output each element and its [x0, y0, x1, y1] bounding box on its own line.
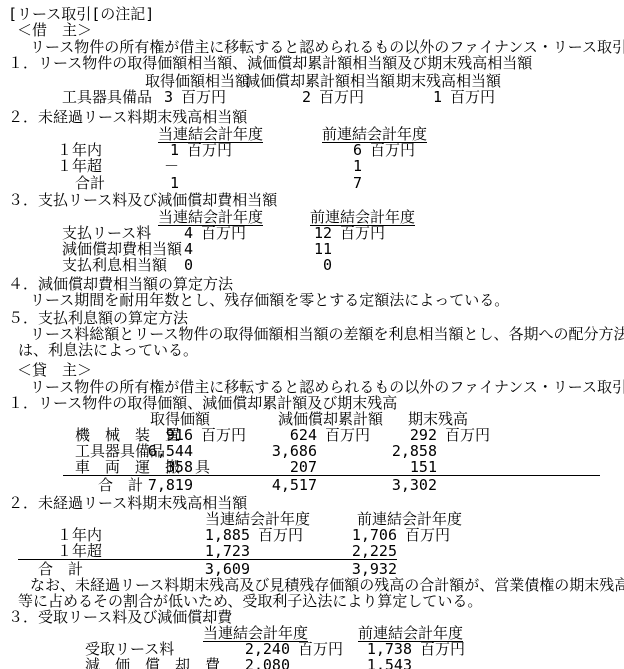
- lessor-s2-title: ２．未経過リース料期末残高相当額: [8, 495, 247, 511]
- lessee-s2-total-label: 合計: [75, 175, 105, 191]
- lessee-s2-value: 7: [309, 175, 362, 191]
- lessee-s2-value: 6: [309, 142, 362, 158]
- lessee-s1-unit-1: 百万円: [181, 89, 226, 105]
- lessor-s2-note-line1: なお、未経過リース料期末残高及び見積残存価額の残高の合計額が、営業債権の期末残高: [30, 577, 624, 593]
- lessor-s3-value: 2,080: [237, 657, 290, 669]
- lessor-s3-title: ３．受取リース料及び減価償却費: [8, 609, 232, 625]
- lessee-s3-unit: 百万円: [201, 225, 246, 241]
- lessee-s3-row-label: 支払リース料: [62, 225, 151, 241]
- lessor-s1-unit: 百万円: [325, 427, 370, 443]
- lessor-s3-value: 1,738: [359, 641, 412, 657]
- lessee-s2-row-label: １年超: [57, 158, 102, 174]
- lessor-s2-row-label: １年超: [57, 543, 102, 559]
- lessor-s1-value: 7,819: [140, 477, 193, 493]
- lessee-s2-value: 1: [309, 158, 362, 174]
- lessee-s2-value: 1: [126, 175, 179, 191]
- lessee-s1-col-header-3: 期末残高相当額: [396, 73, 501, 89]
- lessor-s1-value: 624: [264, 427, 317, 443]
- lessor-s1-value: 3,686: [264, 443, 317, 459]
- lessor-s3-value: 2,240: [237, 641, 290, 657]
- lessee-s2-row-label: １年内: [57, 142, 102, 158]
- lessee-s1-value-3: 1: [389, 89, 442, 105]
- lessee-intro: リース物件の所有権が借主に移転すると認められるもの以外のファイナンス・リース取引…: [30, 39, 624, 55]
- lessor-s2-value: 3,609: [197, 561, 250, 577]
- lessor-s1-col-header-1: 取得価額: [150, 411, 210, 427]
- lessor-s2-unit: 百万円: [405, 527, 450, 543]
- lessor-intro: リース物件の所有権が借主に移転すると認められるもの以外のファイナンス・リース取引: [30, 379, 624, 395]
- lessee-s1-col-header-2: 減価償却累計額相当額: [245, 73, 395, 89]
- lessor-s1-total-label: 合 計: [98, 477, 143, 493]
- lessor-s2-value: 1,706: [344, 527, 397, 543]
- lessee-s3-value: 0: [279, 257, 332, 273]
- lessee-s3-value: 11: [279, 241, 332, 257]
- lessee-s1-col-header-1: 取得価額相当額: [145, 73, 250, 89]
- lessee-heading: ＜借 主＞: [17, 22, 92, 38]
- lessor-s2-value: 2,225: [344, 543, 397, 559]
- lease-notes-document: [リース取引[の注記] ＜借 主＞ リース物件の所有権が借主に移転すると認められ…: [0, 0, 624, 669]
- lessee-s3-title: ３．支払リース料及び減価償却費相当額: [8, 192, 277, 208]
- lessee-s1-value-2: 2: [258, 89, 311, 105]
- lessor-s2-unit: 百万円: [258, 527, 303, 543]
- table-rule: [63, 475, 600, 476]
- lessee-s2-unit: 百万円: [370, 142, 415, 158]
- lessee-s1-title: １．リース物件の取得価額相当額、減価償却累計額相当額及び期末残高相当額: [8, 55, 532, 71]
- lessor-s1-col-header-3: 期末残高: [408, 411, 468, 427]
- lessee-s4-body: リース期間を耐用年数とし、残存価額を零とする定額法によっている。: [30, 292, 509, 308]
- lessor-s1-value: 916: [140, 427, 193, 443]
- lessor-s1-value: 292: [384, 427, 437, 443]
- lessee-s3-value: 4: [140, 241, 193, 257]
- lessor-s3-value: 1,543: [359, 657, 412, 669]
- lessor-s1-value: 358: [140, 459, 193, 475]
- lessor-s2-col-header-current: 当連結会計年度: [205, 511, 310, 527]
- lessor-s1-value: 151: [384, 459, 437, 475]
- lessor-s1-unit: 百万円: [445, 427, 490, 443]
- lessor-s2-total-label: 合 計: [38, 561, 83, 577]
- lessee-s3-value: 0: [140, 257, 193, 273]
- lessee-s5-body-line2: は、利息法によっている。: [18, 342, 198, 358]
- lessor-s2-value: 1,885: [197, 527, 250, 543]
- lessor-s2-row-label: １年内: [57, 527, 102, 543]
- lessor-s1-value: 3,302: [384, 477, 437, 493]
- lessor-s1-title: １．リース物件の取得価額、減価償却累計額及び期末残高: [8, 395, 397, 411]
- lessee-s5-title: ５．支払利息額の算定方法: [8, 310, 188, 326]
- doc-title: [リース取引[の注記]: [8, 6, 154, 22]
- lessor-s2-note-line2: 等に占めるその割合が低いため、受取利子込法により算定している。: [18, 593, 482, 609]
- lessor-s3-unit: 百万円: [298, 641, 343, 657]
- lessee-s1-value-1: 3: [120, 89, 173, 105]
- lessee-s1-unit-2: 百万円: [319, 89, 364, 105]
- lessor-s3-row-label: 減 価 償 却 費: [85, 657, 220, 669]
- lessee-s3-unit: 百万円: [340, 225, 385, 241]
- lessee-s2-value: 1: [126, 142, 179, 158]
- lessor-s3-row-label: 受取リース料: [85, 641, 174, 657]
- lessee-s1-unit-3: 百万円: [450, 89, 495, 105]
- lessee-s4-title: ４．減価償却費相当額の算定方法: [8, 276, 233, 292]
- lessor-s1-col-header-2: 減価償却累計額: [278, 411, 383, 427]
- lessee-s2-title: ２．未経過リース料期末残高相当額: [8, 109, 247, 125]
- lessor-s1-value: 6,544: [140, 443, 193, 459]
- lessee-s5-body-line1: リース料総額とリース物件の取得価額相当額の差額を利息相当額とし、各期への配分方法…: [30, 326, 624, 342]
- lessee-s2-value: －: [126, 158, 179, 174]
- lessee-s2-unit: 百万円: [187, 142, 232, 158]
- lessor-s3-unit: 百万円: [420, 641, 465, 657]
- lessor-s1-unit: 百万円: [201, 427, 246, 443]
- lessor-s2-value: 1,723: [197, 543, 250, 559]
- lessor-s2-col-header-previous: 前連結会計年度: [357, 511, 462, 527]
- lessor-s1-value: 207: [264, 459, 317, 475]
- lessor-heading: ＜貸 主＞: [17, 362, 92, 378]
- lessee-s3-value: 12: [279, 225, 332, 241]
- lessee-s3-value: 4: [140, 225, 193, 241]
- lessor-s1-value: 2,858: [384, 443, 437, 459]
- lessor-s2-value: 3,932: [344, 561, 397, 577]
- lessor-s1-value: 4,517: [264, 477, 317, 493]
